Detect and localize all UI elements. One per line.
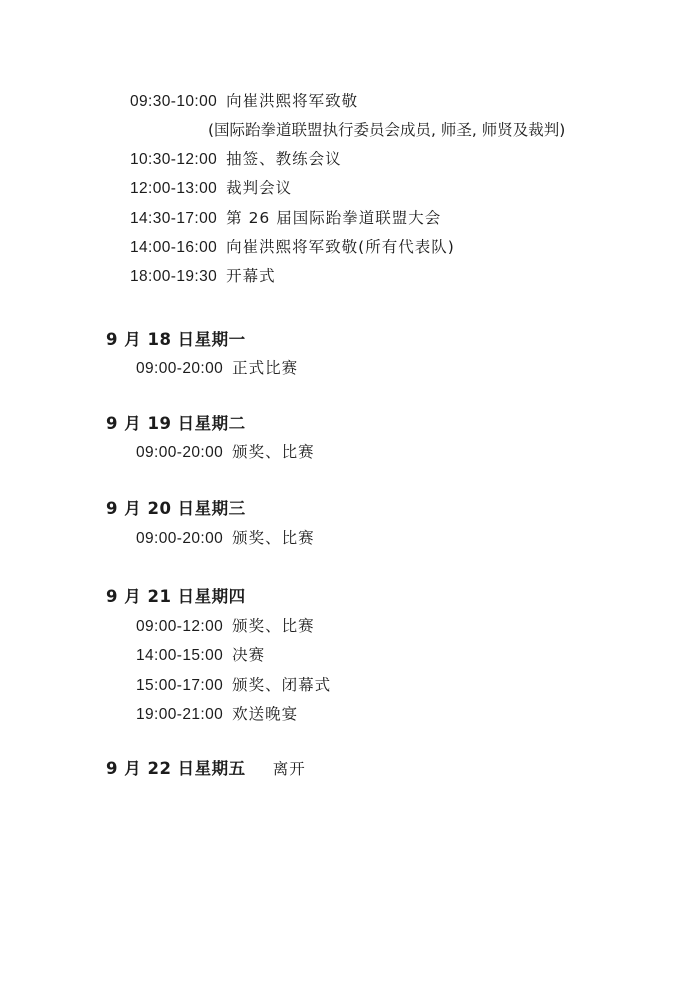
schedule-line: 18:00-19:30开幕式 [0,262,700,291]
day-heading-line: 9 月 19 日星期二 [0,410,700,438]
event-time: 15:00-17:00 [136,677,223,694]
event-time: 14:00-15:00 [136,647,223,664]
day-heading: 9 月 18 日星期一 [106,330,246,349]
event-time: 09:00-20:00 [136,360,223,377]
schedule-line: 09:00-20:00正式比赛 [0,354,700,383]
intro-schedule-block: 09:30-10:00向崔洪熙将军致敬 (国际跆拳道联盟执行委员会成员, 师圣,… [0,87,700,292]
schedule-content: 09:30-10:00向崔洪熙将军致敬 (国际跆拳道联盟执行委员会成员, 师圣,… [0,87,700,784]
event-activity: 正式比赛 [232,359,298,377]
day-heading-line: 9 月 21 日星期四 [0,583,700,611]
day-heading-line: 9 月 22 日星期五离开 [0,755,700,783]
event-time: 14:00-16:00 [130,239,217,256]
schedule-line: 09:00-20:00颁奖、比赛 [0,524,700,553]
event-activity: 颁奖、比赛 [232,529,315,547]
event-time: 12:00-13:00 [130,180,217,197]
day-block-sep18: 9 月 18 日星期一 09:00-20:00正式比赛 [0,326,700,384]
document-page: 09:30-10:00向崔洪熙将军致敬 (国际跆拳道联盟执行委员会成员, 师圣,… [0,0,700,990]
day-block-sep21: 9 月 21 日星期四 09:00-12:00颁奖、比赛 14:00-15:00… [0,583,700,729]
event-activity: 向崔洪熙将军致敬 [226,92,358,110]
schedule-line: 14:00-15:00决赛 [0,641,700,670]
schedule-line-continuation: (国际跆拳道联盟执行委员会成员, 师圣, 师贤及裁判) [0,116,700,144]
event-activity: 裁判会议 [226,179,292,197]
schedule-line: 12:00-13:00裁判会议 [0,174,700,203]
event-activity: 开幕式 [226,267,276,285]
day-heading: 9 月 20 日星期三 [106,499,246,518]
event-time: 09:00-20:00 [136,444,223,461]
schedule-line: 10:30-12:00抽签、教练会议 [0,145,700,174]
day-heading: 9 月 19 日星期二 [106,414,246,433]
event-activity: 决赛 [232,646,265,664]
event-activity: 颁奖、闭幕式 [232,676,331,694]
event-time: 19:00-21:00 [136,706,223,723]
event-activity: 第 26 届国际跆拳道联盟大会 [226,209,441,227]
schedule-line: 14:00-16:00向崔洪熙将军致敬(所有代表队) [0,233,700,262]
day-blocks: 9 月 18 日星期一 09:00-20:00正式比赛 9 月 19 日星期二 … [0,326,700,784]
day-block-sep19: 9 月 19 日星期二 09:00-20:00颁奖、比赛 [0,410,700,468]
schedule-line: 14:30-17:00第 26 届国际跆拳道联盟大会 [0,204,700,233]
day-heading-line: 9 月 18 日星期一 [0,326,700,354]
schedule-line: 19:00-21:00欢送晚宴 [0,700,700,729]
event-time: 09:00-20:00 [136,530,223,547]
event-activity: 颁奖、比赛 [232,443,315,461]
day-block-sep20: 9 月 20 日星期三 09:00-20:00颁奖、比赛 [0,495,700,553]
day-block-sep22: 9 月 22 日星期五离开 [0,755,700,783]
event-activity: 颁奖、比赛 [232,617,315,635]
day-heading-line: 9 月 20 日星期三 [0,495,700,523]
event-time: 10:30-12:00 [130,151,217,168]
event-time: 18:00-19:30 [130,268,217,285]
schedule-line: 09:00-20:00颁奖、比赛 [0,438,700,467]
schedule-line: 09:30-10:00向崔洪熙将军致敬 [0,87,700,116]
event-activity: 向崔洪熙将军致敬(所有代表队) [226,238,455,256]
event-activity-continuation: (国际跆拳道联盟执行委员会成员, 师圣, 师贤及裁判) [208,121,565,139]
day-heading: 9 月 21 日星期四 [106,587,246,606]
event-activity: 抽签、教练会议 [226,150,342,168]
day-heading-note: 离开 [273,760,306,778]
event-time: 14:30-17:00 [130,210,217,227]
event-activity: 欢送晚宴 [232,705,298,723]
event-time: 09:00-12:00 [136,618,223,635]
event-time: 09:30-10:00 [130,93,217,110]
schedule-line: 15:00-17:00颁奖、闭幕式 [0,671,700,700]
day-heading: 9 月 22 日星期五 [106,759,246,778]
schedule-line: 09:00-12:00颁奖、比赛 [0,612,700,641]
